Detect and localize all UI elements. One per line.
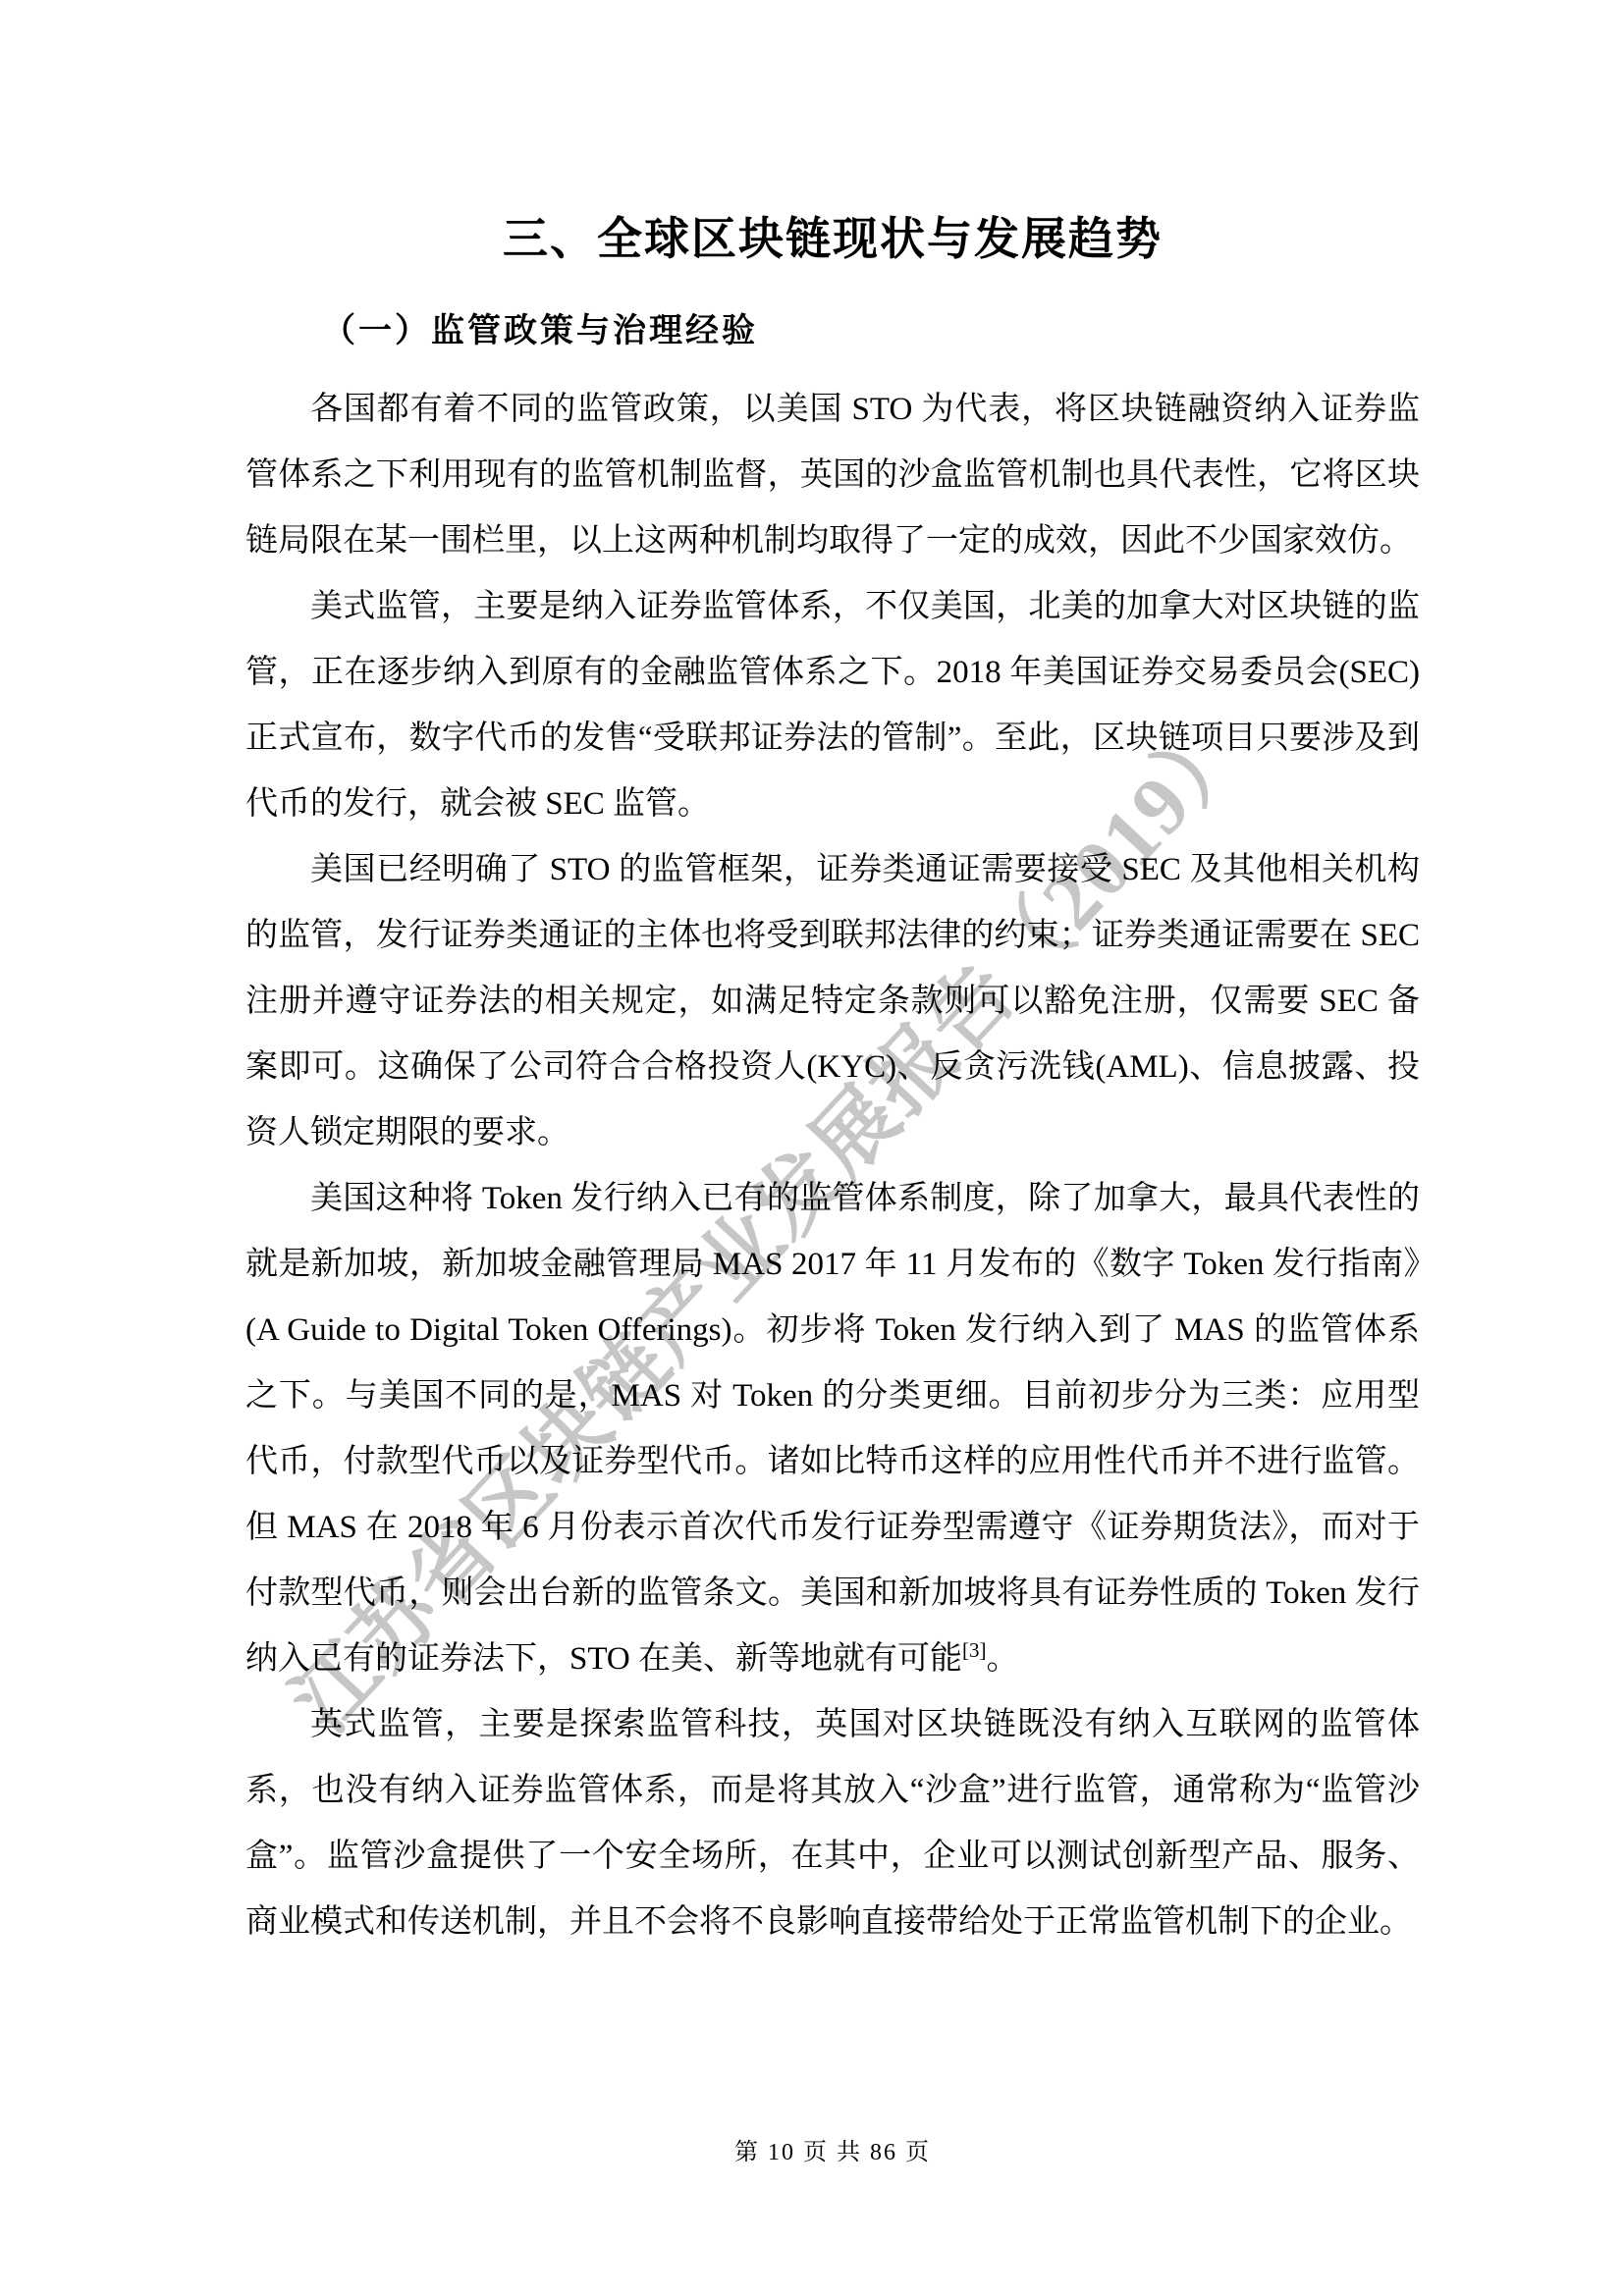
paragraph-3: 美国已经明确了 STO 的监管框架，证券类通证需要接受 SEC 及其他相关机构的… — [245, 837, 1420, 1166]
footnote-ref-3: [3] — [962, 1638, 987, 1662]
section-heading: （一）监管政策与治理经验 — [245, 312, 1420, 351]
paragraph-4: 美国这种将 Token 发行纳入已有的监管体系制度，除了加拿大，最具代表性的就是… — [245, 1166, 1420, 1692]
paragraph-2: 美式监管，主要是纳入证券监管体系，不仅美国，北美的加拿大对区块链的监管，正在逐步… — [245, 574, 1420, 837]
page-title: 三、全球区块链现状与发展趋势 — [245, 0, 1420, 269]
paragraph-5: 英式监管，主要是探索监管科技，英国对区块链既没有纳入互联网的监管体系，也没有纳入… — [245, 1692, 1420, 1955]
document-page: 江苏省区块链产业发展报告（2019） 三、全球区块链现状与发展趋势 （一）监管政… — [0, 0, 1624, 2296]
paragraph-4-text: 美国这种将 Token 发行纳入已有的监管体系制度，除了加拿大，最具代表性的就是… — [245, 1181, 1420, 1677]
page-content: 三、全球区块链现状与发展趋势 （一）监管政策与治理经验 各国都有着不同的监管政策… — [245, 0, 1420, 1955]
body-text: 各国都有着不同的监管政策，以美国 STO 为代表，将区块链融资纳入证券监管体系之… — [245, 377, 1420, 1955]
paragraph-4-tail: 。 — [987, 1641, 1019, 1677]
paragraph-1: 各国都有着不同的监管政策，以美国 STO 为代表，将区块链融资纳入证券监管体系之… — [245, 377, 1420, 574]
page-number-footer: 第 10 页 共 86 页 — [245, 2138, 1420, 2167]
